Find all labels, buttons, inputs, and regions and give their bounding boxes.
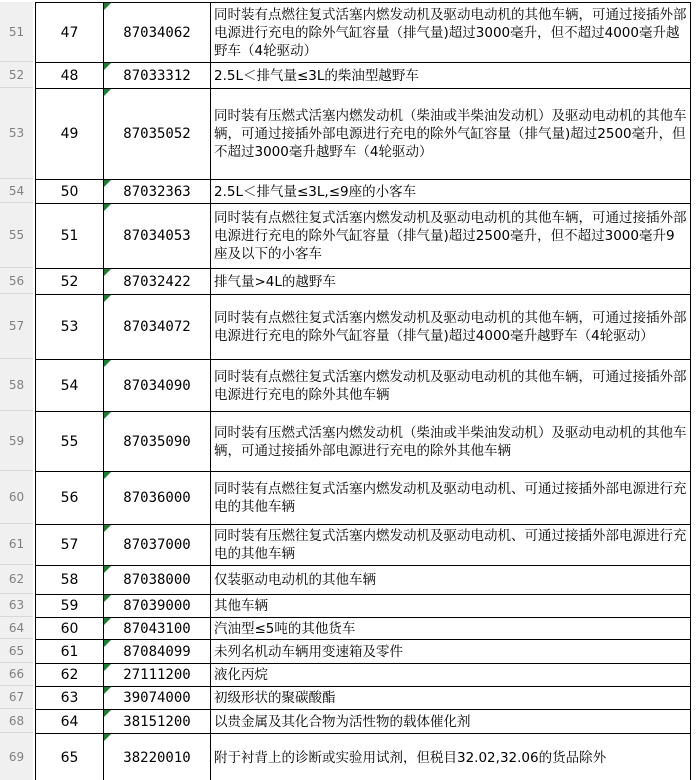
- hs-code-value: 87084099: [123, 644, 190, 660]
- table-row: 6538220010附于衬背上的诊断或实验用试剂，但税目32.02,32.06的…: [36, 734, 691, 780]
- excel-row-number[interactable]: 52: [0, 62, 33, 88]
- excel-row-number[interactable]: 63: [0, 594, 33, 617]
- sequence-number-cell[interactable]: 48: [36, 63, 104, 89]
- excel-row-number[interactable]: 65: [0, 639, 33, 663]
- hs-code-cell[interactable]: 87043100: [104, 618, 211, 640]
- hs-code-value: 87037000: [123, 537, 190, 553]
- sequence-number-cell[interactable]: 53: [36, 295, 104, 360]
- number-as-text-indicator-icon: [104, 734, 111, 741]
- table-row: 5687036000同时装有点燃往复式活塞内燃发动机及驱动电动机、可通过接插外部…: [36, 472, 691, 525]
- sequence-number-cell[interactable]: 56: [36, 472, 104, 525]
- number-as-text-indicator-icon: [104, 63, 111, 70]
- hs-code-value: 87033312: [123, 68, 190, 84]
- table-row: 6339074000初级形状的聚碳酸酯: [36, 687, 691, 710]
- description-text: 附于衬背上的诊断或实验用试剂，但税目32.02,32.06的货品除外: [211, 734, 690, 780]
- number-as-text-indicator-icon: [104, 89, 111, 96]
- number-as-text-indicator-icon: [104, 412, 111, 419]
- hs-code-value: 27111200: [123, 667, 190, 683]
- excel-row-number[interactable]: 54: [0, 179, 33, 203]
- excel-row-number[interactable]: 69: [0, 733, 33, 780]
- description-text: 其他车辆: [211, 595, 690, 617]
- description-cell[interactable]: 未列名机动车辆用变速箱及零件: [211, 640, 691, 664]
- excel-row-number[interactable]: 60: [0, 471, 33, 524]
- sequence-number-cell[interactable]: 57: [36, 525, 104, 566]
- description-text: 同时装有点燃往复式活塞内燃发动机及驱动电动机、可通过接插外部电源进行充电的其他车…: [211, 472, 690, 524]
- description-cell[interactable]: 2.5L＜排气量≤3L,≤9座的小客车: [211, 180, 691, 204]
- hs-code-value: 38220010: [123, 750, 190, 766]
- description-cell[interactable]: 同时装有压燃往复式活塞内燃发动机及驱动电动机、可通过接插外部电源进行充电的其他车…: [211, 525, 691, 566]
- description-cell[interactable]: 同时装有压燃式活塞内燃发动机（柴油或半柴油发动机）及驱动电动机的其他车辆，可通过…: [211, 89, 691, 180]
- sequence-number-cell[interactable]: 59: [36, 595, 104, 618]
- number-as-text-indicator-icon: [104, 360, 111, 367]
- description-cell[interactable]: 同时装有点燃往复式活塞内燃发动机及驱动电动机的其他车辆，可通过接插外部电源进行充…: [211, 3, 691, 63]
- table-row: 6087043100汽油型≤5吨的其他货车: [36, 618, 691, 640]
- description-text: 同时装有点燃往复式活塞内燃发动机及驱动电动机的其他车辆，可通过接插外部电源进行充…: [211, 204, 690, 268]
- description-text: 仅装驱动电动机的其他车辆: [211, 566, 690, 594]
- number-as-text-indicator-icon: [104, 566, 111, 573]
- spreadsheet-viewport: { "colors": { "grid_border": "#000000", …: [0, 0, 696, 780]
- table-row: 5887038000仅装驱动电动机的其他车辆: [36, 566, 691, 595]
- table-row: 4787034062同时装有点燃往复式活塞内燃发动机及驱动电动机的其他车辆，可通…: [36, 3, 691, 63]
- table-row: 6227111200液化丙烷: [36, 664, 691, 687]
- number-as-text-indicator-icon: [104, 472, 111, 479]
- hs-code-value: 87036000: [123, 490, 190, 506]
- hs-code-cell[interactable]: 87034072: [104, 295, 211, 360]
- number-as-text-indicator-icon: [104, 3, 111, 10]
- table-row: 5787037000同时装有压燃往复式活塞内燃发动机及驱动电动机、可通过接插外部…: [36, 525, 691, 566]
- table-row: 48870333122.5L＜排气量≤3L的柴油型越野车: [36, 63, 691, 89]
- sequence-number-cell[interactable]: 52: [36, 269, 104, 295]
- description-cell[interactable]: 同时装有点燃往复式活塞内燃发动机及驱动电动机的其他车辆，可通过接插外部电源进行充…: [211, 295, 691, 360]
- hs-code-cell[interactable]: 87033312: [104, 63, 211, 89]
- hs-code-cell[interactable]: 87035052: [104, 89, 211, 180]
- number-as-text-indicator-icon: [104, 664, 111, 671]
- hs-code-table: 4787034062同时装有点燃往复式活塞内燃发动机及驱动电动机的其他车辆，可通…: [35, 2, 691, 780]
- description-cell[interactable]: 2.5L＜排气量≤3L的柴油型越野车: [211, 63, 691, 89]
- number-as-text-indicator-icon: [104, 687, 111, 694]
- hs-code-cell[interactable]: 38220010: [104, 734, 211, 780]
- table-row: 6187084099未列名机动车辆用变速箱及零件: [36, 640, 691, 664]
- excel-row-number[interactable]: 66: [0, 663, 33, 686]
- hs-code-cell[interactable]: 38151200: [104, 710, 211, 734]
- table-row: 5487034090同时装有点燃往复式活塞内燃发动机及驱动电动机的其他车辆，可通…: [36, 360, 691, 412]
- description-cell[interactable]: 同时装有点燃往复式活塞内燃发动机及驱动电动机的其他车辆，可通过接插外部电源进行充…: [211, 204, 691, 269]
- hs-code-cell[interactable]: 87035090: [104, 412, 211, 472]
- sequence-number-cell[interactable]: 55: [36, 412, 104, 472]
- hs-code-cell[interactable]: 87084099: [104, 640, 211, 664]
- excel-row-number[interactable]: 62: [0, 565, 33, 594]
- table-row: 6438151200以贵金属及其化合物为活性物的载体催化剂: [36, 710, 691, 734]
- table-row: 5387034072同时装有点燃往复式活塞内燃发动机及驱动电动机的其他车辆，可通…: [36, 295, 691, 360]
- hs-code-value: 87035090: [123, 434, 190, 450]
- excel-row-number[interactable]: 56: [0, 268, 33, 294]
- hs-code-cell[interactable]: 87037000: [104, 525, 211, 566]
- table-row: 5987039000其他车辆: [36, 595, 691, 618]
- number-as-text-indicator-icon: [104, 269, 111, 276]
- description-text: 2.5L＜排气量≤3L的柴油型越野车: [211, 63, 690, 88]
- sequence-number-cell[interactable]: 61: [36, 640, 104, 664]
- excel-row-number[interactable]: 57: [0, 294, 33, 359]
- sequence-number-cell[interactable]: 51: [36, 204, 104, 269]
- sequence-number-cell[interactable]: 62: [36, 664, 104, 687]
- sequence-number-cell[interactable]: 63: [36, 687, 104, 710]
- excel-row-number[interactable]: 68: [0, 709, 33, 733]
- description-text: 同时装有点燃往复式活塞内燃发动机及驱动电动机的其他车辆，可通过接插外部电源进行充…: [211, 360, 690, 411]
- table-row: 5187034053同时装有点燃往复式活塞内燃发动机及驱动电动机的其他车辆，可通…: [36, 204, 691, 269]
- hs-code-value: 87034053: [123, 228, 190, 244]
- table-row: 5287032422排气量>4L的越野车: [36, 269, 691, 295]
- description-text: 液化丙烷: [211, 664, 690, 686]
- description-text: 2.5L＜排气量≤3L,≤9座的小客车: [211, 180, 690, 203]
- number-as-text-indicator-icon: [104, 180, 111, 187]
- hs-code-cell[interactable]: 87032363: [104, 180, 211, 204]
- hs-code-value: 39074000: [123, 690, 190, 706]
- sequence-number-cell[interactable]: 58: [36, 566, 104, 595]
- description-text: 以贵金属及其化合物为活性物的载体催化剂: [211, 710, 690, 733]
- excel-row-number[interactable]: 58: [0, 359, 33, 411]
- row-number-gutter: 51525354555657585960616263646566676869: [0, 2, 33, 780]
- table-row: 50870323632.5L＜排气量≤3L,≤9座的小客车: [36, 180, 691, 204]
- description-cell[interactable]: 汽油型≤5吨的其他货车: [211, 618, 691, 640]
- description-cell[interactable]: 仅装驱动电动机的其他车辆: [211, 566, 691, 595]
- sequence-number-cell[interactable]: 64: [36, 710, 104, 734]
- hs-code-cell[interactable]: 87036000: [104, 472, 211, 525]
- sequence-number-cell[interactable]: 54: [36, 360, 104, 412]
- sequence-number-cell[interactable]: 50: [36, 180, 104, 204]
- description-text: 未列名机动车辆用变速箱及零件: [211, 640, 690, 663]
- description-cell[interactable]: 同时装有点燃往复式活塞内燃发动机及驱动电动机、可通过接插外部电源进行充电的其他车…: [211, 472, 691, 525]
- hs-code-value: 87032422: [123, 274, 190, 290]
- description-text: 排气量>4L的越野车: [211, 269, 690, 294]
- description-cell[interactable]: 以贵金属及其化合物为活性物的载体催化剂: [211, 710, 691, 734]
- hs-code-cell[interactable]: 87034053: [104, 204, 211, 269]
- hs-code-value: 87034062: [123, 25, 190, 41]
- table-row: 5587035090同时装有压燃式活塞内燃发动机（柴油或半柴油发动机）及驱动电动…: [36, 412, 691, 472]
- number-as-text-indicator-icon: [104, 204, 111, 211]
- number-as-text-indicator-icon: [104, 640, 111, 647]
- description-cell[interactable]: 其他车辆: [211, 595, 691, 618]
- number-as-text-indicator-icon: [104, 618, 111, 625]
- description-cell[interactable]: 液化丙烷: [211, 664, 691, 687]
- excel-row-number[interactable]: 59: [0, 411, 33, 471]
- hs-code-cell[interactable]: 87034090: [104, 360, 211, 412]
- hs-code-value: 38151200: [123, 714, 190, 730]
- description-text: 同时装有点燃往复式活塞内燃发动机及驱动电动机的其他车辆，可通过接插外部电源进行充…: [211, 3, 690, 62]
- number-as-text-indicator-icon: [104, 595, 111, 602]
- excel-row-number[interactable]: 61: [0, 524, 33, 565]
- excel-row-number[interactable]: 51: [0, 2, 33, 62]
- sequence-number-cell[interactable]: 65: [36, 734, 104, 780]
- hs-code-cell[interactable]: 39074000: [104, 687, 211, 710]
- description-text: 初级形状的聚碳酸酯: [211, 687, 690, 709]
- number-as-text-indicator-icon: [104, 525, 111, 532]
- description-cell[interactable]: 同时装有点燃往复式活塞内燃发动机及驱动电动机的其他车辆，可通过接插外部电源进行充…: [211, 360, 691, 412]
- excel-row-number[interactable]: 53: [0, 88, 33, 179]
- excel-row-number[interactable]: 64: [0, 617, 33, 639]
- hs-code-value: 87032363: [123, 184, 190, 200]
- description-cell[interactable]: 初级形状的聚碳酸酯: [211, 687, 691, 710]
- hs-code-cell[interactable]: 87039000: [104, 595, 211, 618]
- number-as-text-indicator-icon: [104, 710, 111, 717]
- description-cell[interactable]: 同时装有压燃式活塞内燃发动机（柴油或半柴油发动机）及驱动电动机的其他车辆，可通过…: [211, 412, 691, 472]
- description-cell[interactable]: 排气量>4L的越野车: [211, 269, 691, 295]
- excel-row-number[interactable]: 55: [0, 203, 33, 268]
- number-as-text-indicator-icon: [104, 295, 111, 302]
- sequence-number-cell[interactable]: 60: [36, 618, 104, 640]
- description-text: 同时装有压燃式活塞内燃发动机（柴油或半柴油发动机）及驱动电动机的其他车辆，可通过…: [211, 89, 690, 179]
- hs-code-value: 87043100: [123, 621, 190, 637]
- hs-code-value: 87035052: [123, 126, 190, 142]
- hs-code-value: 87039000: [123, 598, 190, 614]
- sequence-number-cell[interactable]: 49: [36, 89, 104, 180]
- sequence-number-cell[interactable]: 47: [36, 3, 104, 63]
- description-text: 同时装有点燃往复式活塞内燃发动机及驱动电动机的其他车辆，可通过接插外部电源进行充…: [211, 295, 690, 359]
- excel-row-number[interactable]: 67: [0, 686, 33, 709]
- description-text: 汽油型≤5吨的其他货车: [211, 618, 690, 639]
- hs-code-value: 87038000: [123, 572, 190, 588]
- hs-code-cell[interactable]: 87038000: [104, 566, 211, 595]
- table-row: 4987035052同时装有压燃式活塞内燃发动机（柴油或半柴油发动机）及驱动电动…: [36, 89, 691, 180]
- hs-code-cell[interactable]: 87034062: [104, 3, 211, 63]
- description-cell[interactable]: 附于衬背上的诊断或实验用试剂，但税目32.02,32.06的货品除外: [211, 734, 691, 780]
- description-text: 同时装有压燃式活塞内燃发动机（柴油或半柴油发动机）及驱动电动机的其他车辆，可通过…: [211, 412, 690, 471]
- hs-code-value: 87034090: [123, 378, 190, 394]
- hs-code-cell[interactable]: 27111200: [104, 664, 211, 687]
- description-text: 同时装有压燃往复式活塞内燃发动机及驱动电动机、可通过接插外部电源进行充电的其他车…: [211, 525, 690, 565]
- hs-code-cell[interactable]: 87032422: [104, 269, 211, 295]
- hs-code-value: 87034072: [123, 319, 190, 335]
